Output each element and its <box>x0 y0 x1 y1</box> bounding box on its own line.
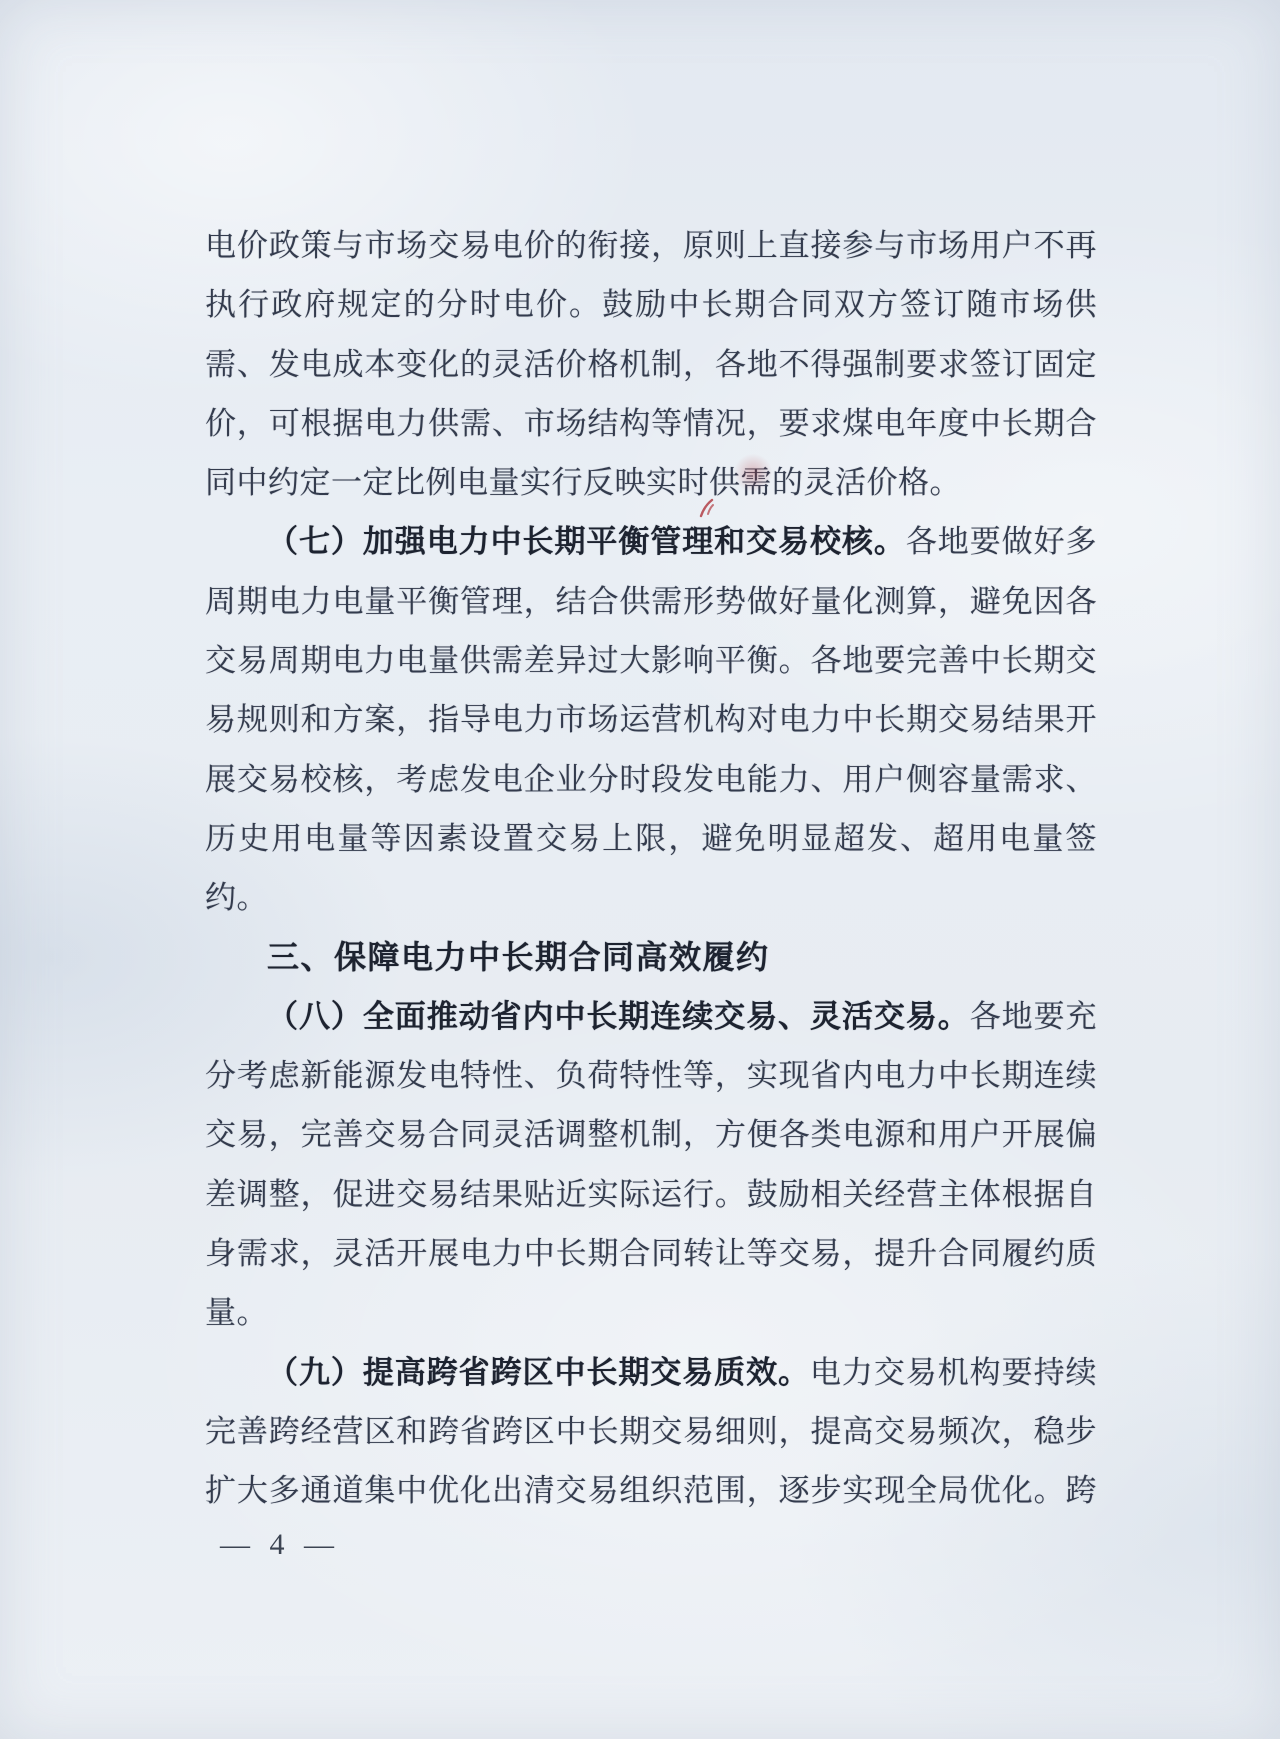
text-line: 周期电力电量平衡管理，结合供需形势做好量化测算，避免因各 <box>205 572 1097 631</box>
text-segment: 身需求，灵活开展电力中长期合同转让等交易，提升合同履约质 <box>205 1236 1097 1271</box>
text-segment: 差调整，促进交易结果贴近实际运行。鼓励相关经营主体根据自 <box>205 1177 1097 1212</box>
text-line: 易规则和方案，指导电力市场运营机构对电力中长期交易结果开 <box>205 690 1097 749</box>
text-line: 身需求，灵活开展电力中长期合同转让等交易，提升合同履约质 <box>205 1224 1097 1283</box>
text-line: （七）加强电力中长期平衡管理和交易校核。各地要做好多 <box>205 512 1097 571</box>
text-line: 交易周期电力电量供需差异过大影响平衡。各地要完善中长期交 <box>205 631 1097 690</box>
text-segment: 扩大多通道集中优化出清交易组织范围，逐步实现全局优化。跨 <box>205 1473 1097 1508</box>
text-line: 扩大多通道集中优化出清交易组织范围，逐步实现全局优化。跨 <box>205 1461 1097 1520</box>
text-segment: 分考虑新能源发电特性、负荷特性等，实现省内电力中长期连续 <box>205 1058 1097 1093</box>
text-line: 电价政策与市场交易电价的衔接，原则上直接参与市场用户不再 <box>205 216 1097 275</box>
text-line: 完善跨经营区和跨省跨区中长期交易细则，提高交易频次，稳步 <box>205 1402 1097 1461</box>
text-line: 分考虑新能源发电特性、负荷特性等，实现省内电力中长期连续 <box>205 1046 1097 1105</box>
text-segment: 易规则和方案，指导电力市场运营机构对电力中长期交易结果开 <box>205 702 1097 737</box>
text-line: 交易，完善交易合同灵活调整机制，方便各类电源和用户开展偏 <box>205 1105 1097 1164</box>
bold-text-segment: 三、保障电力中长期合同高效履约 <box>267 939 770 975</box>
bold-text-segment: （七）加强电力中长期平衡管理和交易校核。 <box>267 524 906 559</box>
bold-text-segment: （八）全面推动省内中长期连续交易、灵活交易。 <box>267 999 970 1034</box>
text-line: （九）提高跨省跨区中长期交易质效。电力交易机构要持续 <box>205 1343 1097 1402</box>
text-line: 执行政府规定的分时电价。鼓励中长期合同双方签订随市场供 <box>205 275 1097 334</box>
text-line: 约。 <box>205 868 1097 927</box>
text-segment: 同中约定一定比例电量实行反映实时供需的灵活价格。 <box>205 465 961 500</box>
text-segment: 量。 <box>205 1295 268 1330</box>
text-segment: 完善跨经营区和跨省跨区中长期交易细则，提高交易频次，稳步 <box>205 1414 1097 1449</box>
text-segment: 交易周期电力电量供需差异过大影响平衡。各地要完善中长期交 <box>205 643 1097 678</box>
text-segment: 需、发电成本变化的灵活价格机制，各地不得强制要求签订固定 <box>205 347 1097 382</box>
text-line: 同中约定一定比例电量实行反映实时供需的灵活价格。 <box>205 453 1097 512</box>
text-segment: 约。 <box>205 880 268 915</box>
document-body: 电价政策与市场交易电价的衔接，原则上直接参与市场用户不再执行政府规定的分时电价。… <box>205 216 1097 1521</box>
text-line: （八）全面推动省内中长期连续交易、灵活交易。各地要充 <box>205 987 1097 1046</box>
text-segment: 执行政府规定的分时电价。鼓励中长期合同双方签订随市场供 <box>205 287 1097 322</box>
text-line: 历史用电量等因素设置交易上限，避免明显超发、超用电量签 <box>205 809 1097 868</box>
text-line: 差调整，促进交易结果贴近实际运行。鼓励相关经营主体根据自 <box>205 1165 1097 1224</box>
text-segment: 电力交易机构要持续 <box>810 1355 1097 1390</box>
bold-text-segment: （九）提高跨省跨区中长期交易质效。 <box>267 1355 810 1390</box>
text-line: 需、发电成本变化的灵活价格机制，各地不得强制要求签订固定 <box>205 335 1097 394</box>
text-line: 量。 <box>205 1283 1097 1342</box>
document-page: 电价政策与市场交易电价的衔接，原则上直接参与市场用户不再执行政府规定的分时电价。… <box>0 0 1280 1739</box>
section-heading: 三、保障电力中长期合同高效履约 <box>205 928 1097 987</box>
text-line: 价，可根据电力供需、市场结构等情况，要求煤电年度中长期合 <box>205 394 1097 453</box>
page-number: — 4 — <box>220 1528 340 1562</box>
text-line: 展交易校核，考虑发电企业分时段发电能力、用户侧容量需求、 <box>205 750 1097 809</box>
text-segment: 交易，完善交易合同灵活调整机制，方便各类电源和用户开展偏 <box>205 1117 1097 1152</box>
text-segment: 电价政策与市场交易电价的衔接，原则上直接参与市场用户不再 <box>205 228 1097 263</box>
text-segment: 各地要充 <box>970 999 1097 1034</box>
text-segment: 各地要做好多 <box>906 524 1097 559</box>
text-segment: 历史用电量等因素设置交易上限，避免明显超发、超用电量签 <box>205 821 1097 856</box>
text-segment: 价，可根据电力供需、市场结构等情况，要求煤电年度中长期合 <box>205 406 1097 441</box>
text-segment: 周期电力电量平衡管理，结合供需形势做好量化测算，避免因各 <box>205 584 1097 619</box>
text-segment: 展交易校核，考虑发电企业分时段发电能力、用户侧容量需求、 <box>205 762 1097 797</box>
